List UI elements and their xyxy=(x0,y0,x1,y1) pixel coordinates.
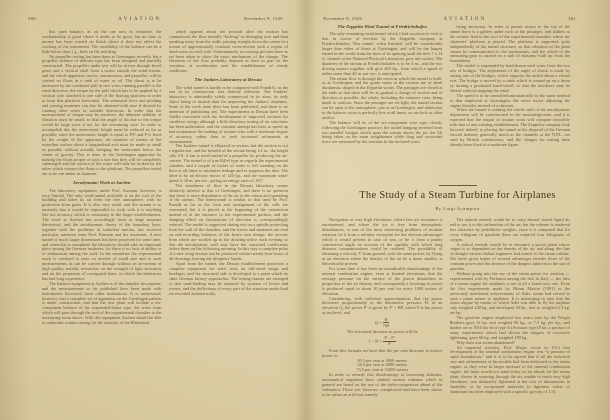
paragraph: The model is suspended by hard-drawn ste… xyxy=(450,64,571,93)
paragraph: The only remaining wind tunnel which I h… xyxy=(322,32,443,76)
right-page-bottom-columns: Navigation at very high elevations, wher… xyxy=(322,218,570,403)
formula-power-decrease: 1 − B = P − P′ P xyxy=(322,336,443,347)
paragraph: No propeller testing has been done at Go… xyxy=(42,55,162,178)
paragraph: The natural remedy would be to carry abo… xyxy=(450,218,571,243)
fraction: P − P′ P xyxy=(383,336,396,347)
paragraph: The wind tunnel is hardly to be compared… xyxy=(169,86,289,145)
left-page: 360 AVIATION November 8, 1926 this open … xyxy=(0,0,305,420)
paragraph: A radical remedy would be to renounce a … xyxy=(450,243,571,272)
right-page-number: 361 xyxy=(568,16,576,21)
paragraph: this open balance, as on the one now in … xyxy=(42,30,162,55)
left-page-column-1: this open balance, as on the one now in … xyxy=(42,30,162,398)
issue-date: November 8, 1926 xyxy=(244,16,283,21)
paragraph: The gasoline engine employed two years l… xyxy=(450,316,571,341)
formula-pressure-ratio: B = H 760 xyxy=(322,318,443,329)
paragraph: For some time it has been an ineradicabl… xyxy=(322,267,443,296)
formula-lhs: B = xyxy=(375,320,381,325)
paragraph: The balance equipment at Aachen is of th… xyxy=(42,282,162,326)
paragraph: Apart from the tunnel, the Dessau establ… xyxy=(169,262,289,296)
fraction: H 760 xyxy=(383,318,390,329)
right-page: November 8, 1926 AVIATION 361 The Zeppel… xyxy=(305,0,610,420)
publication-title: AVIATION xyxy=(118,16,161,22)
paragraph: In order to remedy this disadvantage at … xyxy=(322,373,443,398)
right-top-column-2: being necessary. In order to permit acce… xyxy=(450,25,571,181)
paragraph: Navigation at very high elevations, wher… xyxy=(322,218,443,267)
magazine-spread: 360 AVIATION November 8, 1926 this open … xyxy=(0,0,610,420)
paragraph: An impartial scientist, Prof. Major, wro… xyxy=(450,346,571,395)
right-running-head: November 8, 1926 AVIATION 361 xyxy=(323,16,576,22)
fraction-denominator: 760 xyxy=(383,323,390,328)
article-byline: By Luigi Acampora xyxy=(305,206,610,211)
paragraph: which appears about ten seconds after th… xyxy=(169,30,289,74)
paragraph: The speed is to be controlled automatica… xyxy=(450,94,571,109)
right-bottom-column-1: Navigation at very high elevations, wher… xyxy=(322,218,443,403)
formula-lead-text: The fractional decrease in power will be xyxy=(322,330,443,335)
left-page-columns: this open balance, as on the one now in … xyxy=(42,30,288,398)
paragraph: The balance will be of the six-component… xyxy=(322,121,443,146)
article-divider-rule xyxy=(439,185,477,186)
paragraph: When the tunnel is running the whole sta… xyxy=(450,108,571,147)
paragraph: Considering, with sufficient approximati… xyxy=(322,297,443,317)
right-page-top-columns: The Zeppelin Wind Tunnel at Friedrichsha… xyxy=(322,25,570,181)
issue-date: November 8, 1926 xyxy=(323,16,362,21)
paragraph: The Junkers tunnel is elliptical in sect… xyxy=(169,144,289,183)
right-bottom-column-2: The natural remedy would be to carry abo… xyxy=(450,218,571,403)
paragraph: The laboratory equipment, under Prof. Ka… xyxy=(42,189,162,282)
section-heading-junkers: The Junkers Laboratory at Dessau xyxy=(169,78,289,83)
fraction-denominator: P xyxy=(383,342,396,347)
article-title: The Study of a Steam Turbine for Airplan… xyxy=(305,190,610,201)
publication-title: AVIATION xyxy=(444,16,487,22)
formula-lhs: 1 − B = xyxy=(368,339,381,344)
left-page-number: 360 xyxy=(28,16,36,21)
paragraph: The steadiness of flow in the Dessau lab… xyxy=(169,184,289,263)
paragraph: being necessary. In order to permit acce… xyxy=(450,25,571,64)
paragraph: The return flow is through the room in w… xyxy=(322,77,443,121)
section-heading-zeppelin: The Zeppelin Wind Tunnel at Friedrichsha… xyxy=(322,25,443,30)
right-top-column-1: The Zeppelin Wind Tunnel at Friedrichsha… xyxy=(322,25,443,181)
left-running-head: 360 AVIATION November 8, 1926 xyxy=(28,16,283,22)
section-heading-aachen: Aerodynamic Work at Aachen xyxy=(42,181,162,186)
paragraph: Without going into the use of the steam … xyxy=(450,272,571,316)
left-page-column-2: which appears about ten seconds after th… xyxy=(169,30,289,398)
percent-decrease-list: 30.5 per cent at 3000 meters 54.5 per ce… xyxy=(322,359,443,374)
